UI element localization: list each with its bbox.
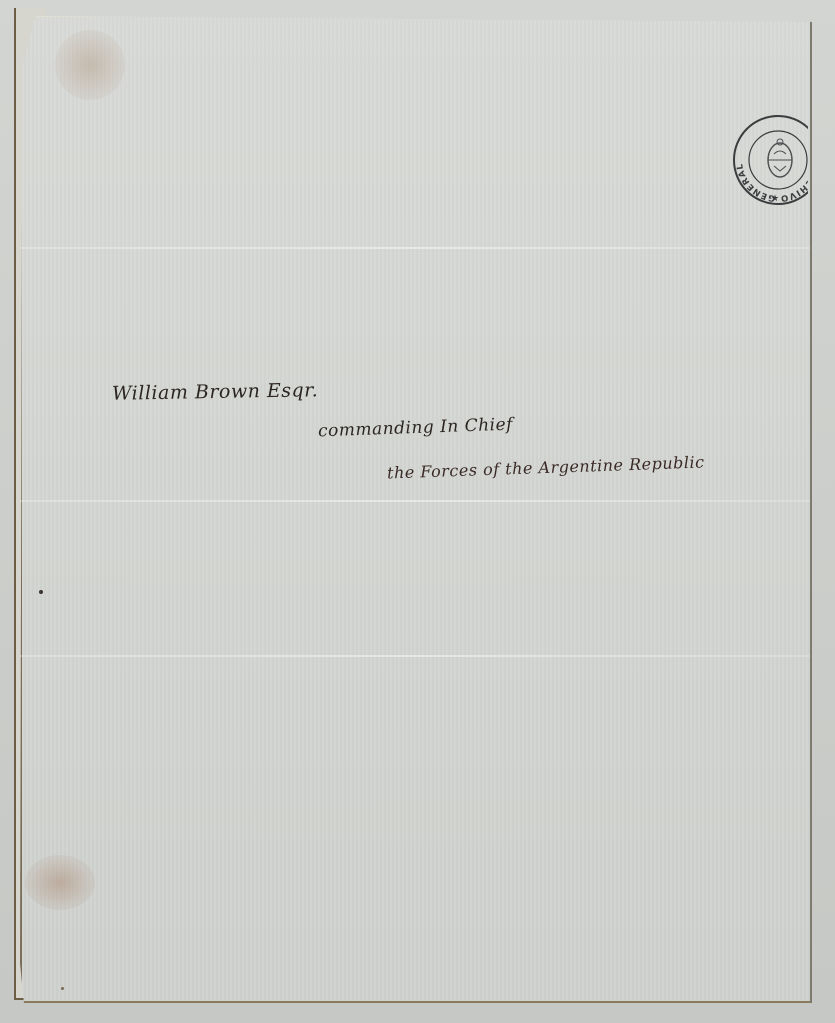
paper-stain	[25, 855, 95, 910]
document-page	[20, 16, 812, 1003]
fold-line	[20, 655, 810, 657]
address-recipient-name: William Brown Esqr.	[112, 379, 319, 405]
ink-spot	[39, 590, 43, 594]
ink-spot	[61, 987, 64, 990]
fold-line	[20, 500, 810, 502]
paper-stain	[55, 30, 125, 100]
coat-of-arms-icon	[768, 139, 792, 177]
fold-line	[20, 247, 810, 249]
svg-text:★: ★	[771, 194, 779, 204]
